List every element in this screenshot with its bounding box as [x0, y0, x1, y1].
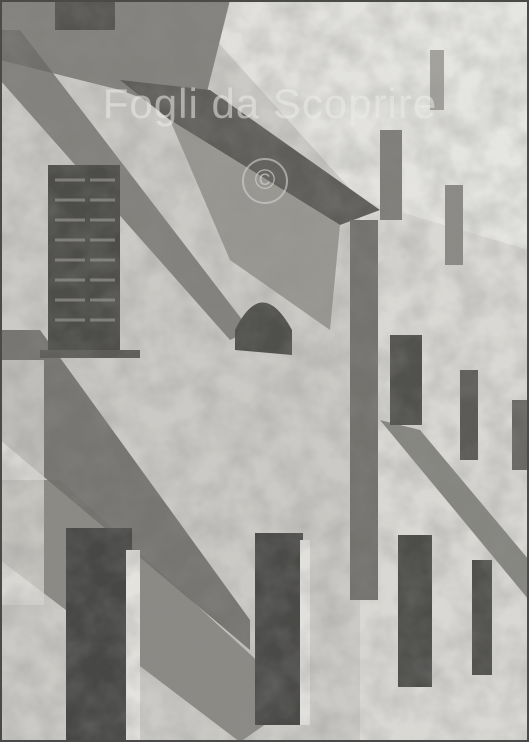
street-facade-photo	[0, 0, 529, 742]
copyright-icon: ©	[242, 158, 288, 204]
